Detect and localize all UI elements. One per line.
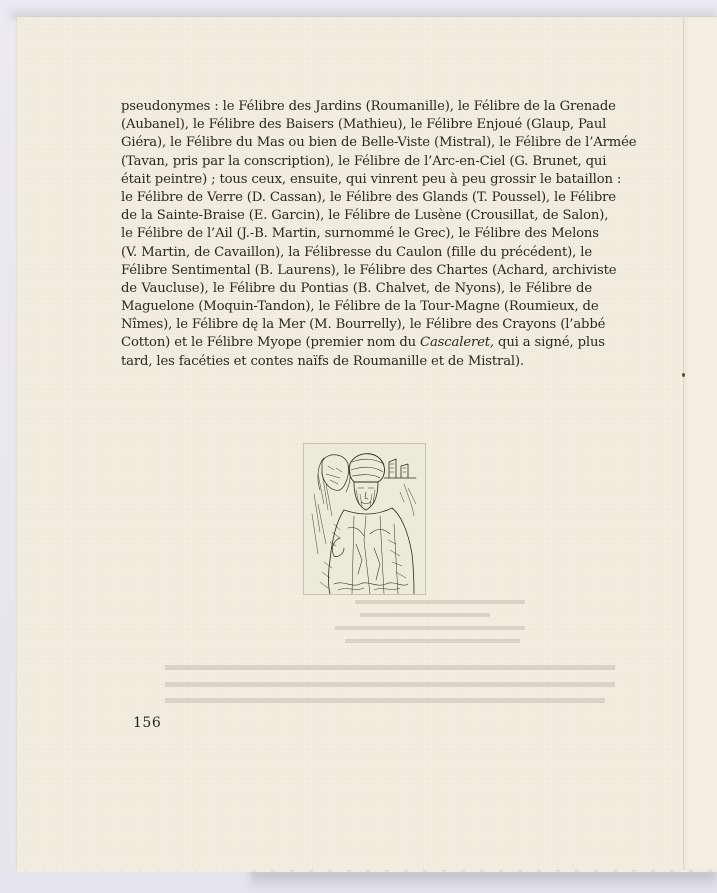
text-line: le Félibre de l’Ail (J.-B. Martin, surno…	[121, 225, 592, 243]
text-line: Nîmes), le Félibre dę la Mer (M. Bourrel…	[121, 316, 592, 334]
text-segment: qui a signé, plus	[494, 335, 605, 350]
text-line: Félibre Sentimental (B. Laurens), le Fél…	[121, 262, 592, 280]
text-line: de la Sainte-Braise (E. Garcin), le Féli…	[121, 207, 592, 225]
text-line: pseudonymes : le Félibre des Jardins (Ro…	[121, 98, 592, 116]
italic-title: Cascaleret,	[420, 335, 494, 350]
text-line: Maguelone (Moquin-Tandon), le Félibre de…	[121, 298, 592, 316]
text-line-last: tard, les facéties et contes naïfs de Ro…	[121, 353, 592, 371]
etching-figures-icon	[304, 444, 425, 594]
text-line: (V. Martin, de Cavaillon), la Félibresse…	[121, 244, 592, 262]
page-number: 156	[133, 715, 161, 731]
text-line: était peintre) ; tous ceux, ensuite, qui…	[121, 171, 592, 189]
text-line: Giéra), le Félibre du Mas ou bien de Bel…	[121, 134, 592, 152]
text-line-with-italic: Cotton) et le Félibre Myope (premier nom…	[121, 334, 592, 352]
show-through-reverse-text	[165, 595, 615, 705]
facing-page-edge	[683, 17, 717, 870]
scan-background: pseudonymes : le Félibre des Jardins (Ro…	[0, 0, 717, 893]
text-line: le Félibre de Verre (D. Cassan), le Féli…	[121, 189, 592, 207]
etching-illustration	[303, 443, 426, 595]
text-line: (Aubanel), le Félibre des Baisers (Mathi…	[121, 116, 592, 134]
text-line: (Tavan, pris par la conscription), le Fé…	[121, 153, 592, 171]
text-line: de Vaucluse), le Félibre du Pontias (B. …	[121, 280, 592, 298]
body-paragraph: pseudonymes : le Félibre des Jardins (Ro…	[121, 98, 592, 371]
text-segment: Cotton) et le Félibre Myope (premier nom…	[121, 335, 420, 350]
paper-speck	[682, 373, 685, 377]
